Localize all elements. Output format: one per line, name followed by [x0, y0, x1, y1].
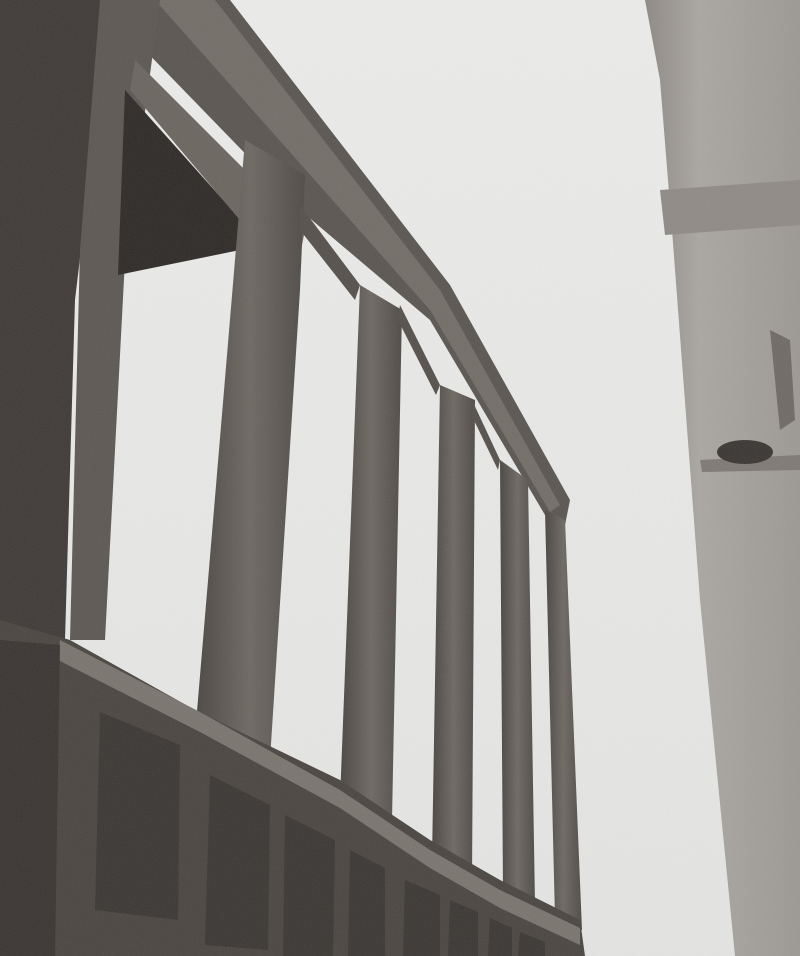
concrete-structure-scene — [0, 0, 800, 956]
photograph — [0, 0, 800, 956]
